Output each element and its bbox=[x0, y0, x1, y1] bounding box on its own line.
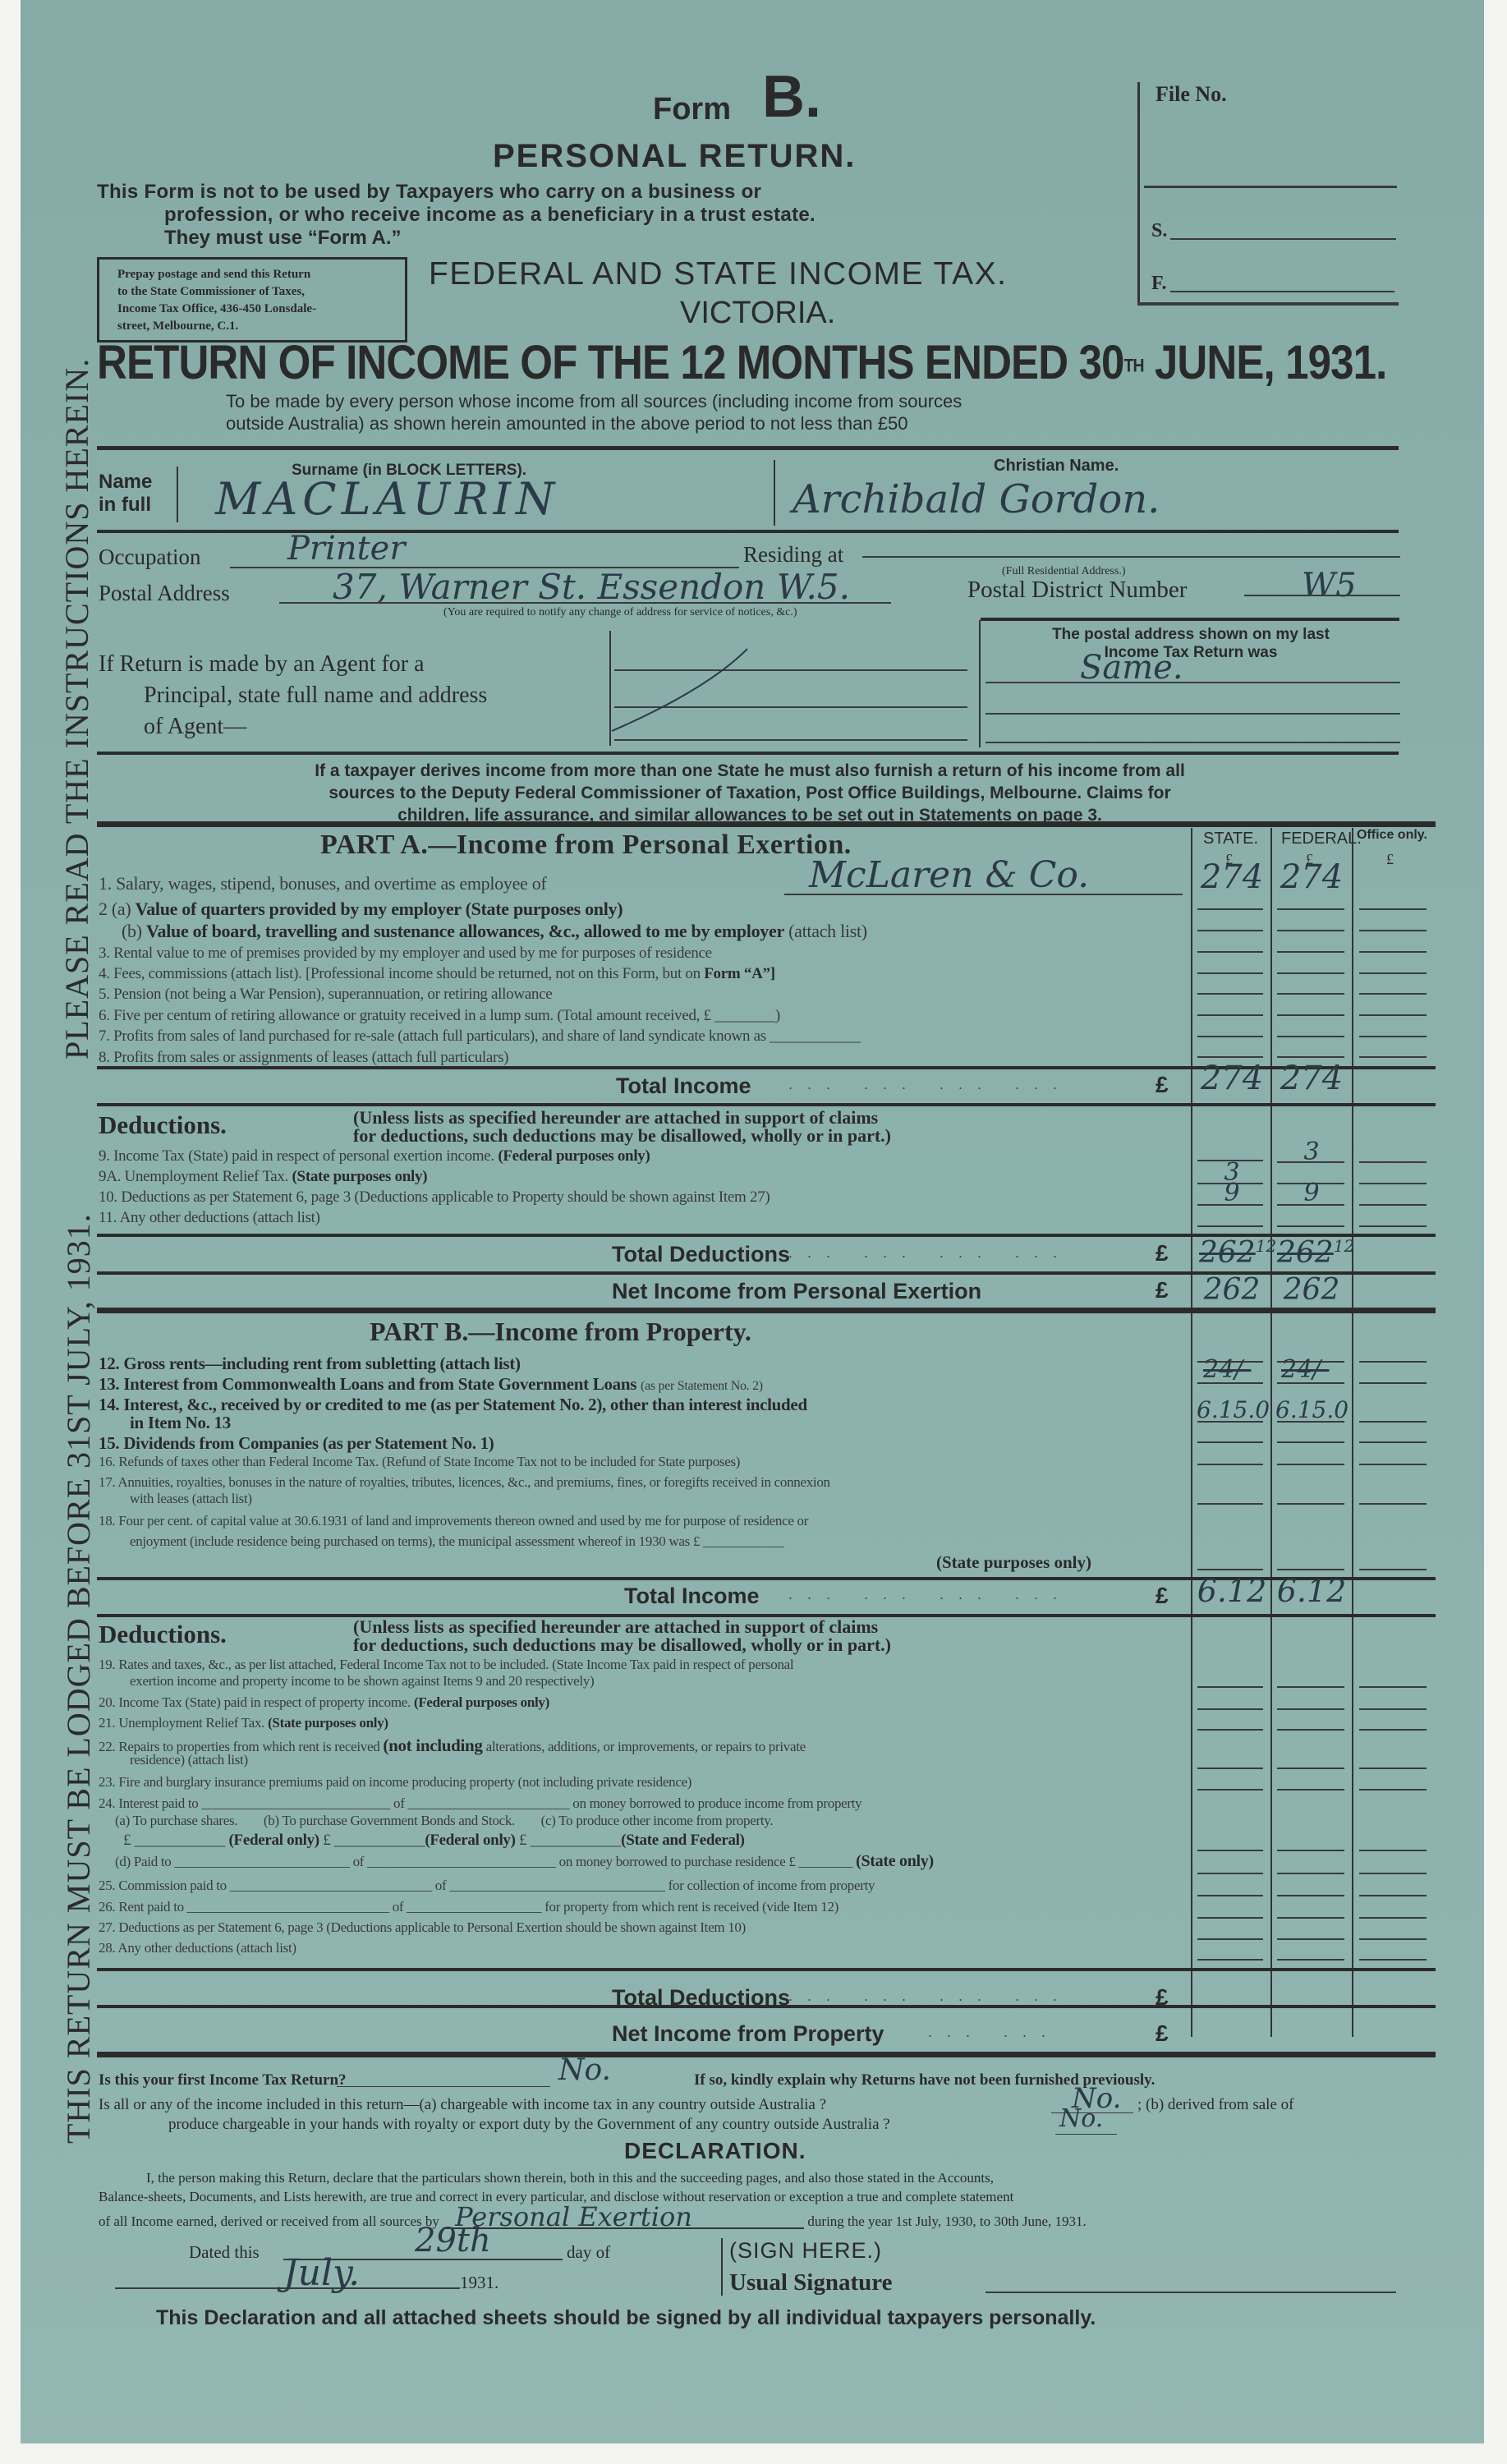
questions-top-rule bbox=[97, 2052, 1436, 2057]
pound-sign: £ bbox=[1156, 1583, 1169, 1609]
part-b-item-22-cont: residence) (attach list) bbox=[130, 1752, 248, 1768]
pound-sign: £ bbox=[1156, 1240, 1169, 1266]
part-b-item-12: 12. Gross rents—including rent from subl… bbox=[99, 1354, 521, 1374]
postal-district-line bbox=[1244, 595, 1400, 596]
part-a-item-8: 8. Profits from sales or assignments of … bbox=[99, 1049, 508, 1067]
outside-australia-question-a: Is all or any of the income included in … bbox=[99, 2096, 826, 2114]
part-b-item-26: 26. Rent paid to _______________________… bbox=[99, 1899, 838, 1915]
outside-australia-question-b: ; (b) derived from sale of bbox=[1137, 2096, 1293, 2114]
year-label: 1931. bbox=[460, 2273, 499, 2293]
part-b-net-income-label: Net Income from Property bbox=[612, 2021, 884, 2047]
dot-leader: ... ... bbox=[928, 2024, 1060, 2041]
part-b-item-24d: (d) Paid to __________________________ o… bbox=[115, 1852, 934, 1871]
part-a-net-income-label: Net Income from Personal Exertion bbox=[612, 1279, 981, 1304]
part-a-total-income-state[interactable]: 274 bbox=[1195, 1060, 1269, 1097]
part-b-deductions-total-rule bbox=[97, 1968, 1436, 1971]
postal-address-line bbox=[279, 602, 891, 604]
royalty-answer-line bbox=[1055, 2134, 1117, 2135]
office-column-border bbox=[1352, 828, 1353, 2037]
signature-bracket bbox=[721, 2238, 723, 2296]
part-a-item-6: 6. Five per centum of retiring allowance… bbox=[99, 1007, 780, 1025]
postal-address-label: Postal Address bbox=[99, 581, 230, 606]
part-a-item-2a: 2 (a) Value of quarters provided by my e… bbox=[99, 899, 623, 920]
part-b-item-14-cont: in Item No. 13 bbox=[130, 1413, 231, 1433]
part-a-total-income-label: Total Income bbox=[616, 1073, 751, 1099]
subtitle-line-1: To be made by every person whose income … bbox=[226, 391, 962, 412]
postal-address-field[interactable]: 37, Warner St. Essendon W.5. bbox=[333, 567, 850, 607]
part-b-top-rule bbox=[97, 1308, 1436, 1313]
day-field[interactable]: 29th bbox=[415, 2222, 491, 2259]
part-b-item-27: 27. Deductions as per Statement 6, page … bbox=[99, 1919, 746, 1936]
last-address-line-3 bbox=[986, 742, 1400, 743]
declaration-footer: This Declaration and all attached sheets… bbox=[156, 2306, 1096, 2330]
part-b-item-28: 28. Any other deductions (attach list) bbox=[99, 1940, 296, 1956]
part-b-item-18-cont: enjoyment (include residence being purch… bbox=[130, 1533, 783, 1550]
part-a-title: PART A.—Income from Personal Exertion. bbox=[320, 830, 852, 861]
page-title: PERSONAL RETURN. bbox=[493, 138, 856, 175]
part-b-deductions-note: (Unless lists as specified hereunder are… bbox=[353, 1618, 891, 1654]
part-a-total-income-federal[interactable]: 274 bbox=[1275, 1060, 1348, 1097]
postage-box: Prepay postage and send this Return to t… bbox=[97, 257, 407, 342]
form-letter: B. bbox=[762, 67, 821, 126]
item-13-federal-value[interactable]: 24/- bbox=[1281, 1355, 1329, 1384]
federal-column-header: FEDERAL. bbox=[1281, 830, 1362, 848]
part-b-item-15: 15. Dividends from Companies (as per Sta… bbox=[99, 1433, 494, 1454]
residing-at-label: Residing at bbox=[743, 542, 843, 568]
pound-sign: £ bbox=[1156, 1072, 1169, 1098]
side-instruction-text: PLEASE READ THE INSTRUCTIONS HEREIN. bbox=[57, 358, 96, 1060]
last-address-label: The postal address shown on my last Inco… bbox=[998, 626, 1384, 662]
employer-field[interactable]: McLaren & Co. bbox=[809, 854, 1089, 896]
pound-sign: £ bbox=[1156, 1277, 1169, 1303]
part-a-item-4: 4. Fees, commissions (attach list). [Pro… bbox=[99, 965, 775, 983]
item-14-state-value[interactable]: 6.15.0 bbox=[1197, 1396, 1270, 1423]
day-of-label: day of bbox=[567, 2242, 610, 2263]
state-column-border bbox=[1191, 828, 1192, 2037]
part-a-deductions-title: Deductions. bbox=[99, 1110, 227, 1140]
part-a-item-9a: 9A. Unemployment Relief Tax. (State purp… bbox=[99, 1168, 427, 1186]
return-period-title: RETURN OF INCOME OF THE 12 MONTHS ENDED … bbox=[97, 335, 1386, 390]
part-b-item-18: 18. Four per cent. of capital value at 3… bbox=[99, 1513, 808, 1529]
part-b-item-17-cont: with leases (attach list) bbox=[130, 1491, 252, 1507]
notice-line-1: This Form is not to be used by Taxpayers… bbox=[97, 181, 761, 204]
subtitle-line-2: outside Australia) as shown herein amoun… bbox=[226, 413, 907, 434]
part-a-total-bottom-rule bbox=[97, 1103, 1436, 1106]
part-b-item-13: 13. Interest from Commonwealth Loans and… bbox=[99, 1374, 763, 1395]
last-address-divider bbox=[979, 620, 981, 747]
last-address-top-rule bbox=[981, 618, 1399, 621]
item-14-federal-value[interactable]: 6.15.0 bbox=[1275, 1396, 1348, 1423]
declaration-text: I, the person making this Return, declar… bbox=[99, 2168, 1421, 2231]
name-in-full-label: Name in full bbox=[99, 471, 152, 517]
part-a-total-deductions-label: Total Deductions bbox=[612, 1242, 790, 1267]
form-word: Form bbox=[653, 92, 731, 127]
multi-state-notice: If a taxpayer derives income from more t… bbox=[97, 760, 1403, 826]
part-b-total-income-federal[interactable]: 6.12 bbox=[1275, 1573, 1348, 1609]
part-a-top-rule bbox=[97, 821, 1436, 827]
part-b-item-24-options: (a) To purchase shares. (b) To purchase … bbox=[115, 1813, 773, 1829]
part-b-item-24-amounts: £ ____________ (Federal only) £ ________… bbox=[123, 1832, 745, 1850]
last-address-line-1 bbox=[986, 682, 1400, 683]
usual-signature-label: Usual Signature bbox=[729, 2269, 892, 2296]
christian-name-field[interactable]: Archibald Gordon. bbox=[793, 476, 1160, 522]
part-b-item-23: 23. Fire and burglary insurance premiums… bbox=[99, 1774, 691, 1791]
file-box-border bbox=[1137, 82, 1140, 304]
tax-title: FEDERAL AND STATE INCOME TAX. bbox=[429, 256, 1007, 292]
dot-leader: ... ... ... ... bbox=[788, 1988, 1072, 2005]
file-s-label: S. bbox=[1151, 220, 1167, 242]
surname-field[interactable]: MACLAURIN bbox=[215, 473, 559, 525]
occupation-label: Occupation bbox=[99, 545, 200, 570]
occupation-field[interactable]: Printer bbox=[287, 530, 405, 568]
part-a-item-11: 11. Any other deductions (attach list) bbox=[99, 1209, 320, 1227]
part-a-total-deductions-state[interactable]: 26212 bbox=[1199, 1236, 1276, 1270]
state-column-header: STATE. bbox=[1203, 830, 1258, 848]
office-column-header: Office only. bbox=[1357, 828, 1427, 843]
part-b-item-20: 20. Income Tax (State) paid in respect o… bbox=[99, 1694, 549, 1711]
month-field[interactable]: July. bbox=[283, 2252, 360, 2294]
file-s-line[interactable] bbox=[1170, 238, 1396, 240]
part-a-item-9: 9. Income Tax (State) paid in respect of… bbox=[99, 1147, 650, 1165]
part-a-net-income-federal[interactable]: 262 bbox=[1275, 1273, 1348, 1307]
part-b-item-25: 25. Commission paid to _________________… bbox=[99, 1878, 875, 1894]
signature-field[interactable] bbox=[986, 2292, 1396, 2293]
part-b-deductions-title: Deductions. bbox=[99, 1620, 227, 1649]
name-divider bbox=[774, 460, 775, 526]
federal-column-border bbox=[1270, 828, 1272, 2037]
part-a-deductions-note: (Unless lists as specified hereunder are… bbox=[353, 1109, 891, 1145]
christian-name-label: Christian Name. bbox=[994, 457, 1119, 476]
part-b-item-24: 24. Interest paid to ___________________… bbox=[99, 1795, 861, 1812]
dot-leader: ... ... ... ... bbox=[788, 1244, 1072, 1262]
part-a-item-7: 7. Profits from sales of land purchased … bbox=[99, 1027, 861, 1046]
agent-label: If Return is made by an Agent for a Prin… bbox=[99, 649, 487, 742]
dot-leader: ... ... ... ... bbox=[788, 1586, 1072, 1603]
agent-section-bottom-rule bbox=[97, 752, 1399, 755]
part-b-item-19-cont: exertion income and property income to b… bbox=[130, 1673, 594, 1689]
part-b-item-21: 21. Unemployment Relief Tax. (State purp… bbox=[99, 1715, 388, 1731]
part-a-total-deductions-federal[interactable]: 26212 bbox=[1277, 1236, 1354, 1270]
part-a-item-5: 5. Pension (not being a War Pension), su… bbox=[99, 986, 552, 1004]
part-a-item-1: 1. Salary, wages, stipend, bonuses, and … bbox=[99, 873, 546, 894]
royalty-answer[interactable]: No. bbox=[1059, 2104, 1103, 2133]
royalty-question: produce chargeable in your hands with ro… bbox=[168, 2116, 890, 2134]
postal-district-field[interactable]: W5 bbox=[1302, 567, 1357, 605]
notice-line-3: They must use “Form A.” bbox=[164, 227, 402, 250]
item-1-state-value[interactable]: 274 bbox=[1195, 858, 1269, 896]
file-no-line bbox=[1144, 186, 1397, 188]
item-1-federal-value[interactable]: 274 bbox=[1275, 858, 1348, 896]
file-f-label: F. bbox=[1151, 273, 1166, 295]
employer-line bbox=[784, 894, 1183, 895]
state-title: VICTORIA. bbox=[680, 296, 835, 331]
part-b-title: PART B.—Income from Property. bbox=[370, 1317, 751, 1347]
side-lodge-deadline-text: THIS RETURN MUST BE LODGED BEFORE 31ST J… bbox=[59, 1213, 98, 2144]
postage-instructions: Prepay postage and send this Return to t… bbox=[117, 266, 316, 335]
part-b-total-income-state[interactable]: 6.12 bbox=[1195, 1573, 1269, 1609]
part-b-net-income-federal[interactable] bbox=[1275, 2020, 1348, 2045]
postal-address-note: (You are required to notify any change o… bbox=[443, 606, 797, 619]
dated-this-label: Dated this bbox=[189, 2242, 260, 2263]
office-currency: £ bbox=[1386, 851, 1394, 868]
agent-line-3[interactable] bbox=[614, 739, 967, 741]
first-return-question: Is this your first Income Tax Return? bbox=[99, 2071, 347, 2089]
part-a-net-income-state[interactable]: 262 bbox=[1195, 1273, 1269, 1307]
file-no-label: File No. bbox=[1156, 82, 1227, 107]
postal-district-label: Postal District Number bbox=[967, 577, 1187, 604]
part-b-total-income-label: Total Income bbox=[624, 1584, 760, 1609]
part-b-item-19: 19. Rates and taxes, &c., as per list at… bbox=[99, 1657, 793, 1673]
name-section-top-rule bbox=[97, 446, 1399, 450]
agent-cancel-stroke bbox=[608, 641, 854, 739]
last-address-line-2 bbox=[986, 713, 1400, 715]
sign-here-label: (SIGN HERE.) bbox=[729, 2238, 882, 2264]
file-f-line[interactable] bbox=[1170, 291, 1394, 292]
part-a-item-2b: (b) Value of board, travelling and suste… bbox=[122, 921, 867, 942]
part-b-item-18-state-only: (State purposes only) bbox=[936, 1552, 1091, 1573]
name-bracket bbox=[177, 467, 178, 522]
declaration-income-source-field[interactable]: Personal Exertion bbox=[443, 2206, 804, 2229]
part-a-item-3: 3. Rental value to me of premises provid… bbox=[99, 945, 712, 963]
first-return-answer[interactable]: No. bbox=[558, 2053, 611, 2087]
residing-at-field[interactable] bbox=[862, 556, 1400, 558]
part-b-item-17: 17. Annuities, royalties, bonuses in the… bbox=[99, 1474, 830, 1491]
dot-leader: ... ... ... ... bbox=[788, 1076, 1072, 1093]
part-b-item-16: 16. Refunds of taxes other than Federal … bbox=[99, 1454, 740, 1470]
pound-sign: £ bbox=[1156, 2020, 1169, 2047]
part-b-net-income-state[interactable] bbox=[1195, 2020, 1269, 2045]
file-box-bottom bbox=[1137, 302, 1399, 306]
part-a-item-10: 10. Deductions as per Statement 6, page … bbox=[99, 1188, 770, 1207]
notice-line-2: profession, or who receive income as a b… bbox=[164, 204, 816, 227]
item-13-state-value[interactable]: 24/- bbox=[1203, 1355, 1251, 1384]
first-return-line bbox=[337, 2086, 550, 2087]
part-b-net-top-rule bbox=[97, 2005, 1436, 2008]
declaration-title: DECLARATION. bbox=[624, 2138, 806, 2164]
